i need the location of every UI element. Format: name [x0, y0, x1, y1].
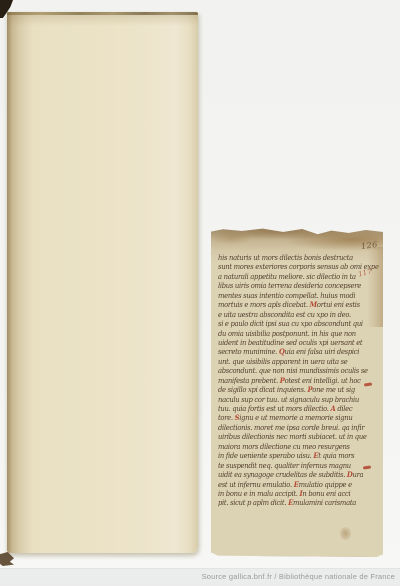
binding-gutter-shadow [7, 12, 33, 553]
manuscript-text-line: in fide ueniente sperabo uisu. Et quia m… [218, 452, 378, 462]
blank-verso-page [7, 12, 198, 553]
manuscript-text-line: mortuis e mors apls dicebat. Mortui eni … [218, 301, 378, 311]
manuscript-text-line: pit. sicut p aplm dicit. Emulamini caris… [218, 499, 378, 509]
manuscript-text-line: si e paulo dicit ipsi sua cu xpo abscond… [218, 320, 378, 330]
binding-edge-mark [0, 552, 14, 566]
folio-number: 126 [361, 240, 379, 251]
credit-footer: Source gallica.bnf.fr / Bibliothèque nat… [0, 568, 400, 586]
credit-text: Source gallica.bnf.fr / Bibliothèque nat… [202, 569, 395, 585]
manuscript-leaf: 126 117 his naturis ut mors dilectis bon… [211, 227, 383, 557]
manuscript-text-line: est ut infernu emulatio. Emulatio quippe… [218, 481, 378, 491]
manuscript-text-line: naculu sup cor tuu. ut signaculu sup bra… [218, 396, 378, 406]
stain-spot [340, 527, 351, 540]
manuscript-text-line: te suspendit neq. qualiter infernus magn… [218, 462, 378, 472]
manuscript-text-line: secreto munimine. Quia eni falsa uiri de… [218, 348, 378, 358]
scan-viewport: 126 117 his naturis ut mors dilectis bon… [0, 0, 400, 586]
manuscript-text-line: abscondunt. que non nisi mundissimis ocu… [218, 367, 378, 377]
manuscript-text-line: e uita uestra abscondita est cu xpo in d… [218, 311, 378, 321]
manuscript-text-line: uidit ea synagoge crudelitas de subditis… [218, 471, 378, 481]
manuscript-text-line: uiribus dilectionis nec morti subiacet. … [218, 433, 378, 443]
manuscript-text-line: sunt mores exteriores corporis sensus ab… [218, 263, 378, 273]
manuscript-text-block: his naturis ut mors dilectis bonis destr… [218, 254, 378, 509]
manuscript-text-line: libus uiris omia terrena desideria conce… [218, 282, 378, 292]
manuscript-text-line: de sigillo xpi dicat inquiens. Pone me u… [218, 386, 378, 396]
manuscript-text-line: du omia uisibilia postponunt. in his que… [218, 330, 378, 340]
manuscript-text-line: tore. Signu e ut memorie a memorie signu [218, 414, 378, 424]
